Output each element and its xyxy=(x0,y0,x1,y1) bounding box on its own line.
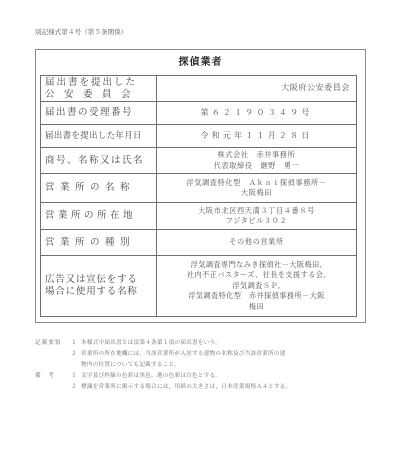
value-line: 浮気調査特化型 Ａｋａｉ探偵事務所－ xyxy=(157,178,356,189)
label-line: 営業所の種別 xyxy=(45,237,156,249)
notes-section: 記載要領 １ 本様式中届出書とは法第４条第１項の届出書をいう。 ２ 営業所の所在… xyxy=(35,338,385,393)
note-continuation: 物内の位置についても記載すること。 xyxy=(35,360,385,371)
value-line: 梅田 xyxy=(157,302,356,313)
note-head-spacer xyxy=(35,382,67,393)
remark-2: ２ 標識を営業所に掲示する場合には，用紙の大きさは，日本産業規格Ａ４とする。 xyxy=(35,382,385,393)
note-head-spacer xyxy=(35,349,67,360)
detective-registration-table: 届出書を提出した 公 安 委 員 会 大阪府公安委員会 届出書の受理番号 第６２… xyxy=(40,75,357,317)
label-business-name: 商号、名称又は氏名 xyxy=(41,148,157,174)
label-line: 届出書を提出した年月日 xyxy=(45,130,156,142)
value-line: 大阪梅田 xyxy=(157,188,356,199)
value-line: 浮気調査ＳＰ, xyxy=(157,281,356,292)
table-row-office-name: 営業所の名称 浮気調査特化型 Ａｋａｉ探偵事務所－ 大阪梅田 xyxy=(41,174,357,203)
value-line: 社内不正バスターズ、社長を支援する会, xyxy=(157,270,356,281)
value-line: フジタビル３０２ xyxy=(157,216,356,227)
value-line: 代表取締役 継野 勇一 xyxy=(157,161,356,172)
form-reference: 別記様式第４号（第５条関係） xyxy=(35,27,127,36)
entry-guidelines-heading: 記載要領 xyxy=(35,338,67,349)
table-row-receipt-number: 届出書の受理番号 第６２１９０３４９号 xyxy=(41,102,357,125)
value-receipt-number: 第６２１９０３４９号 xyxy=(157,102,357,125)
value-line: 第６２１９０３４９号 xyxy=(157,108,356,119)
value-business-name: 株式会社 赤井事務所 代表取締役 継野 勇一 xyxy=(157,148,357,174)
remarks-heading: 備 考 xyxy=(35,371,67,382)
label-line: 届出書を提出した xyxy=(45,77,156,89)
label-office-name: 営業所の名称 xyxy=(41,174,157,203)
label-line: 場合に使用する名称 xyxy=(45,286,156,298)
value-line: 浮気調査特化型 赤井探偵事務所－大阪 xyxy=(157,291,356,302)
label-advertising-names: 広告又は宣伝をする 場合に使用する名称 xyxy=(41,256,157,317)
value-line: 大阪府公安委員会 xyxy=(157,83,350,94)
remark-1: 備 考 １ 文字及び枠線の色彩は黒色、地の色彩は白色とする。 xyxy=(35,371,385,382)
table-row-public-safety-commission: 届出書を提出した 公 安 委 員 会 大阪府公安委員会 xyxy=(41,76,357,102)
table-row-submission-date: 届出書を提出した年月日 令和元年１１月２８日 xyxy=(41,125,357,148)
label-line: 営業所の所在地 xyxy=(45,210,156,222)
label-submission-date: 届出書を提出した年月日 xyxy=(41,125,157,148)
value-office-address: 大阪市北区西天満３丁目４番８号 フジタビル３０２ xyxy=(157,203,357,230)
note-number: ２ xyxy=(67,349,81,360)
value-office-name: 浮気調査特化型 Ａｋａｉ探偵事務所－ 大阪梅田 xyxy=(157,174,357,203)
label-line: 届出書の受理番号 xyxy=(45,107,156,119)
value-advertising-names: 浮気調査専門なみき探偵社－大阪梅田, 社内不正バスターズ、社長を支援する会, 浮… xyxy=(157,256,357,317)
value-office-type: その他の営業所 xyxy=(157,230,357,256)
label-office-address: 営業所の所在地 xyxy=(41,203,157,230)
entry-guideline-1: 記載要領 １ 本様式中届出書とは法第４条第１項の届出書をいう。 xyxy=(35,338,385,349)
note-number: １ xyxy=(67,338,81,349)
note-text: 本様式中届出書とは法第４条第１項の届出書をいう。 xyxy=(81,338,385,349)
value-line: その他の営業所 xyxy=(157,237,356,248)
value-public-safety-commission: 大阪府公安委員会 xyxy=(157,76,357,102)
value-line: 株式会社 赤井事務所 xyxy=(157,150,356,161)
table-row-business-name: 商号、名称又は氏名 株式会社 赤井事務所 代表取締役 継野 勇一 xyxy=(41,148,357,174)
form-title: 探偵業者 xyxy=(36,50,365,76)
table-row-office-address: 営業所の所在地 大阪市北区西天満３丁目４番８号 フジタビル３０２ xyxy=(41,203,357,230)
label-line: 広告又は宣伝をする xyxy=(45,274,156,286)
label-public-safety-commission: 届出書を提出した 公 安 委 員 会 xyxy=(41,76,157,102)
value-line: 大阪市北区西天満３丁目４番８号 xyxy=(157,206,356,217)
value-submission-date: 令和元年１１月２８日 xyxy=(157,125,357,148)
value-line: 令和元年１１月２８日 xyxy=(157,131,356,142)
note-text: 文字及び枠線の色彩は黒色、地の色彩は白色とする。 xyxy=(81,371,385,382)
label-line: 公 安 委 員 会 xyxy=(45,89,156,101)
entry-guideline-2: ２ 営業所の所在地欄には、当該営業所が入居する建物の名称及び当該営業所の建 xyxy=(35,349,385,360)
label-line: 営業所の名称 xyxy=(45,182,156,194)
table-row-advertising-names: 広告又は宣伝をする 場合に使用する名称 浮気調査専門なみき探偵社－大阪梅田, 社… xyxy=(41,256,357,317)
value-line: 浮気調査専門なみき探偵社－大阪梅田, xyxy=(157,260,356,271)
table-row-office-type: 営業所の種別 その他の営業所 xyxy=(41,230,357,256)
note-text: 標識を営業所に掲示する場合には，用紙の大きさは，日本産業規格Ａ４とする。 xyxy=(81,382,385,393)
label-receipt-number: 届出書の受理番号 xyxy=(41,102,157,125)
note-number: ２ xyxy=(67,382,81,393)
note-number: １ xyxy=(67,371,81,382)
label-office-type: 営業所の種別 xyxy=(41,230,157,256)
note-text: 営業所の所在地欄には、当該営業所が入居する建物の名称及び当該営業所の建 xyxy=(81,349,385,360)
label-line: 商号、名称又は氏名 xyxy=(45,155,156,167)
